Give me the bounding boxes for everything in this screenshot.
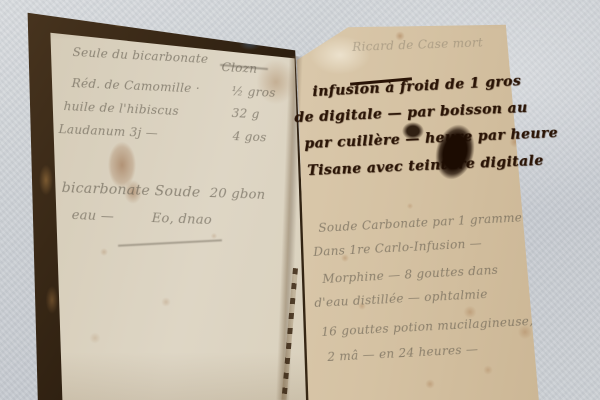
handwriting-amount: ½ gros xyxy=(231,84,276,100)
handwriting-amount: 20 gbon xyxy=(209,186,265,203)
ink-blot xyxy=(402,122,424,140)
handwriting-amount: Eo, dnao xyxy=(151,211,212,228)
handwriting-amount: 32 g xyxy=(231,106,260,121)
handwriting-amount: 4 gos xyxy=(232,129,267,144)
handwriting-line: eau — xyxy=(71,208,114,224)
fabric-background: Seule du bicarbonate Clozn Réd. de Camom… xyxy=(0,0,600,400)
